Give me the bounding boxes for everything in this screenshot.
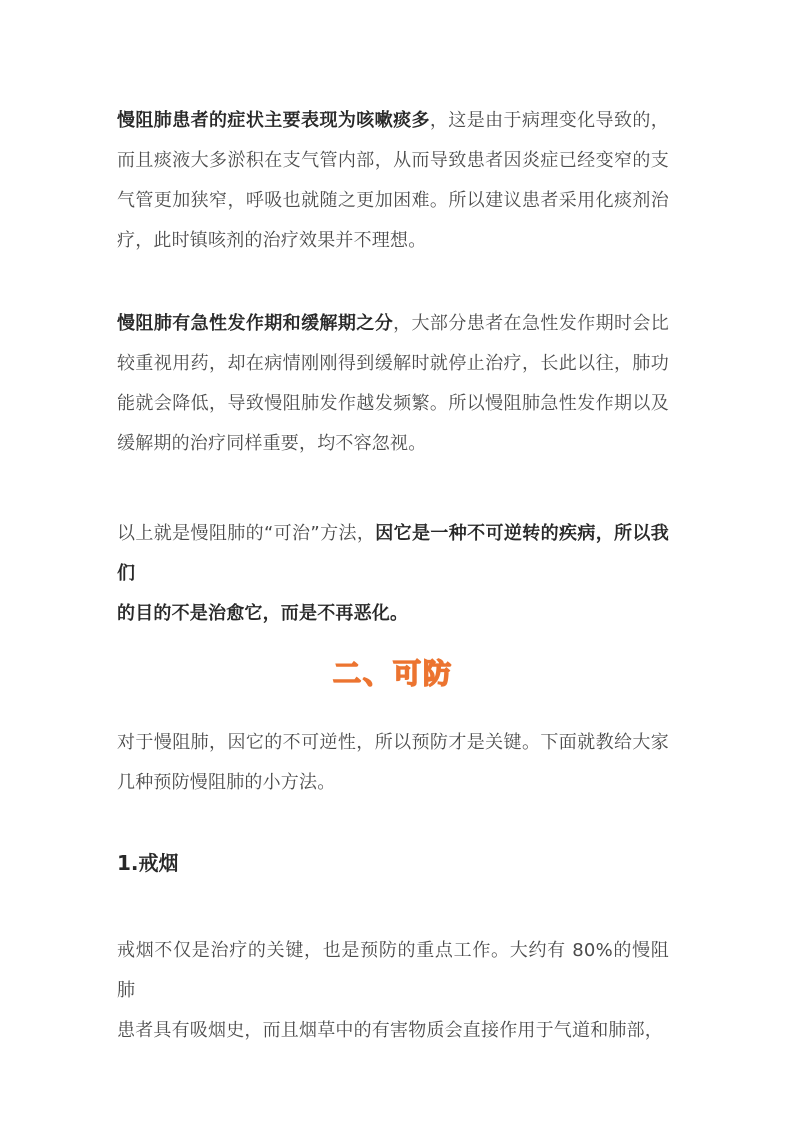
- text-line: 缓解期的治疗同样重要，均不容忽视。: [117, 424, 669, 464]
- paragraph: 以上就是慢阻肺的“可治”方法，因它是一种不可逆转的疾病，所以我们的目的不是治愈它…: [117, 514, 669, 634]
- sub-heading: 1.戒烟: [117, 843, 669, 883]
- text-line: 而且痰液大多淤积在支气管内部，从而导致患者因炎症已经变窄的支: [117, 141, 669, 181]
- document-body: 慢阻肺患者的症状主要表现为咳嗽痰多，这是由于病理变化导致的，而且痰液大多淤积在支…: [0, 0, 793, 1051]
- paragraph: 慢阻肺有急性发作期和缓解期之分，大部分患者在急性发作期时会比较重视用药，却在病情…: [117, 304, 669, 464]
- text-run: 较重视用药，却在病情刚刚得到缓解时就停止治疗，长此以往，肺功: [117, 353, 669, 374]
- text-run: ，这是由于病理变化导致的，: [430, 110, 669, 131]
- text-line: 的目的不是治愈它，而是不再恶化。: [117, 594, 669, 634]
- text-line: 患者具有吸烟史，而且烟草中的有害物质会直接作用于气道和肺部，: [117, 1011, 669, 1051]
- text-run: 而且痰液大多淤积在支气管内部，从而导致患者因炎症已经变窄的支: [117, 150, 669, 171]
- text-run: 对于慢阻肺，因它的不可逆性，所以预防才是关键。下面就教给大家: [117, 732, 669, 753]
- document-page: 慢阻肺患者的症状主要表现为咳嗽痰多，这是由于病理变化导致的，而且痰液大多淤积在支…: [0, 0, 793, 1122]
- text-line: 慢阻肺有急性发作期和缓解期之分，大部分患者在急性发作期时会比: [117, 304, 669, 344]
- text-run: 气管更加狭窄，呼吸也就随之更加困难。所以建议患者采用化痰剂治: [117, 190, 669, 211]
- text-run: 疗，此时镇咳剂的治疗效果并不理想。: [117, 230, 426, 251]
- bold-text-run: 慢阻肺患者的症状主要表现为咳嗽痰多: [117, 110, 430, 131]
- text-run: 以上就是慢阻肺的“可治”方法，: [117, 523, 375, 544]
- paragraph: 对于慢阻肺，因它的不可逆性，所以预防才是关键。下面就教给大家几种预防慢阻肺的小方…: [117, 723, 669, 803]
- paragraph: 戒烟不仅是治疗的关键，也是预防的重点工作。大约有 80%的慢阻肺患者具有吸烟史，…: [117, 931, 669, 1051]
- text-line: 以上就是慢阻肺的“可治”方法，因它是一种不可逆转的疾病，所以我们: [117, 514, 669, 594]
- text-run: 几种预防慢阻肺的小方法。: [117, 772, 335, 793]
- text-line: 疗，此时镇咳剂的治疗效果并不理想。: [117, 221, 669, 261]
- text-line: 慢阻肺患者的症状主要表现为咳嗽痰多，这是由于病理变化导致的，: [117, 101, 669, 141]
- text-line: 几种预防慢阻肺的小方法。: [117, 763, 669, 803]
- heading-text: 二、可防: [333, 657, 453, 690]
- text-line: 对于慢阻肺，因它的不可逆性，所以预防才是关键。下面就教给大家: [117, 723, 669, 763]
- heading-text: 1.戒烟: [117, 851, 179, 875]
- text-run: 患者具有吸烟史，而且烟草中的有害物质会直接作用于气道和肺部，: [117, 1020, 663, 1041]
- paragraph: 慢阻肺患者的症状主要表现为咳嗽痰多，这是由于病理变化导致的，而且痰液大多淤积在支…: [117, 101, 669, 261]
- text-run: 戒烟不仅是治疗的关键，也是预防的重点工作。大约有 80%的慢阻肺: [117, 940, 669, 1001]
- text-line: 戒烟不仅是治疗的关键，也是预防的重点工作。大约有 80%的慢阻肺: [117, 931, 669, 1011]
- bold-text-run: 的目的不是治愈它，而是不再恶化。: [117, 603, 408, 624]
- bold-text-run: 慢阻肺有急性发作期和缓解期之分: [117, 313, 393, 334]
- text-line: 能就会降低，导致慢阻肺发作越发频繁。所以慢阻肺急性发作期以及: [117, 384, 669, 424]
- text-line: 气管更加狭窄，呼吸也就随之更加困难。所以建议患者采用化痰剂治: [117, 181, 669, 221]
- section-heading: 二、可防: [117, 652, 669, 696]
- text-run: ，大部分患者在急性发作期时会比: [393, 313, 669, 334]
- text-line: 较重视用药，却在病情刚刚得到缓解时就停止治疗，长此以往，肺功: [117, 344, 669, 384]
- text-run: 能就会降低，导致慢阻肺发作越发频繁。所以慢阻肺急性发作期以及: [117, 393, 669, 414]
- text-run: 缓解期的治疗同样重要，均不容忽视。: [117, 433, 426, 454]
